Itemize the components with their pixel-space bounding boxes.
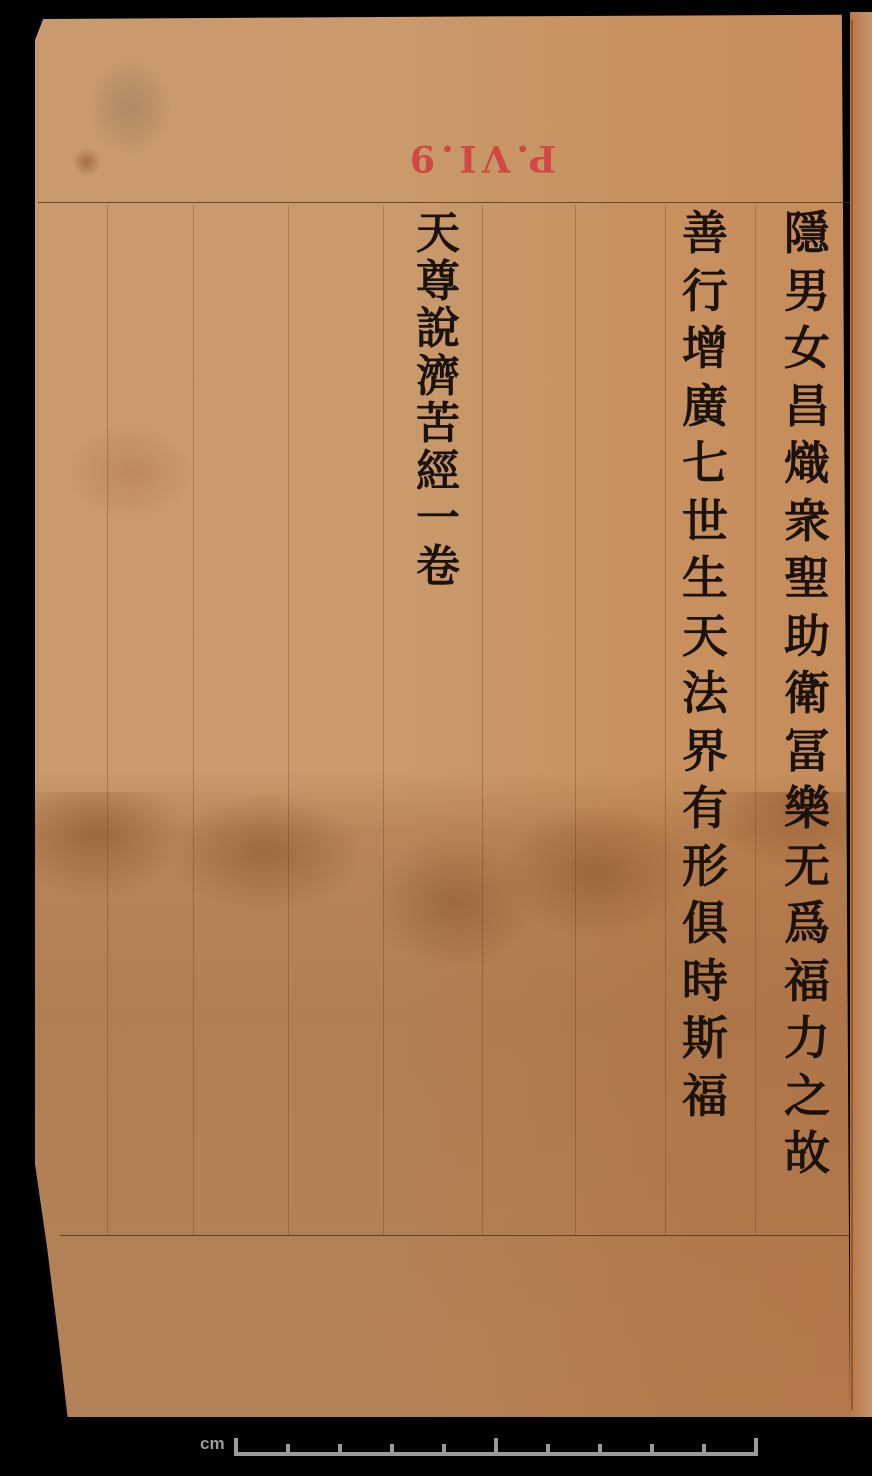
column-ruling-line: [665, 205, 666, 1235]
column-ruling-line: [288, 205, 289, 1235]
text-column-1: 隱男女昌熾衆聖助衛冨樂无爲福力之故: [772, 205, 842, 1183]
scale-unit-label: cm: [200, 1434, 225, 1454]
scale-tick: [338, 1444, 342, 1456]
scale-tick: [754, 1438, 758, 1456]
column-ruling-line: [575, 205, 576, 1235]
scale-tick: [494, 1438, 498, 1456]
scale-tick: [598, 1444, 602, 1456]
title-column: 天尊說濟苦經一卷: [398, 210, 478, 590]
column-ruling-line: [193, 205, 194, 1235]
column-ruling-line: [755, 205, 756, 1235]
column-ruling-line: [107, 205, 108, 1235]
scale-tick: [442, 1444, 446, 1456]
adjacent-leaf-edge: [850, 12, 872, 1417]
scale-tick: [234, 1438, 238, 1456]
scale-tick: [546, 1444, 550, 1456]
fold-line: [851, 20, 853, 1410]
column-ruling-line: [482, 205, 483, 1235]
top-ruling-line: [38, 202, 850, 203]
scale-tick: [650, 1444, 654, 1456]
scale-tick: [702, 1444, 706, 1456]
scale-bar: cm: [200, 1420, 770, 1460]
bottom-ruling-line: [60, 1235, 850, 1236]
scale-tick: [286, 1444, 290, 1456]
library-stamp: P.VI.9: [380, 128, 580, 188]
column-ruling-line: [383, 205, 384, 1235]
text-column-2: 善行增廣七世生天法界有形俱時斯福: [670, 205, 740, 1125]
scale-tick: [390, 1444, 394, 1456]
